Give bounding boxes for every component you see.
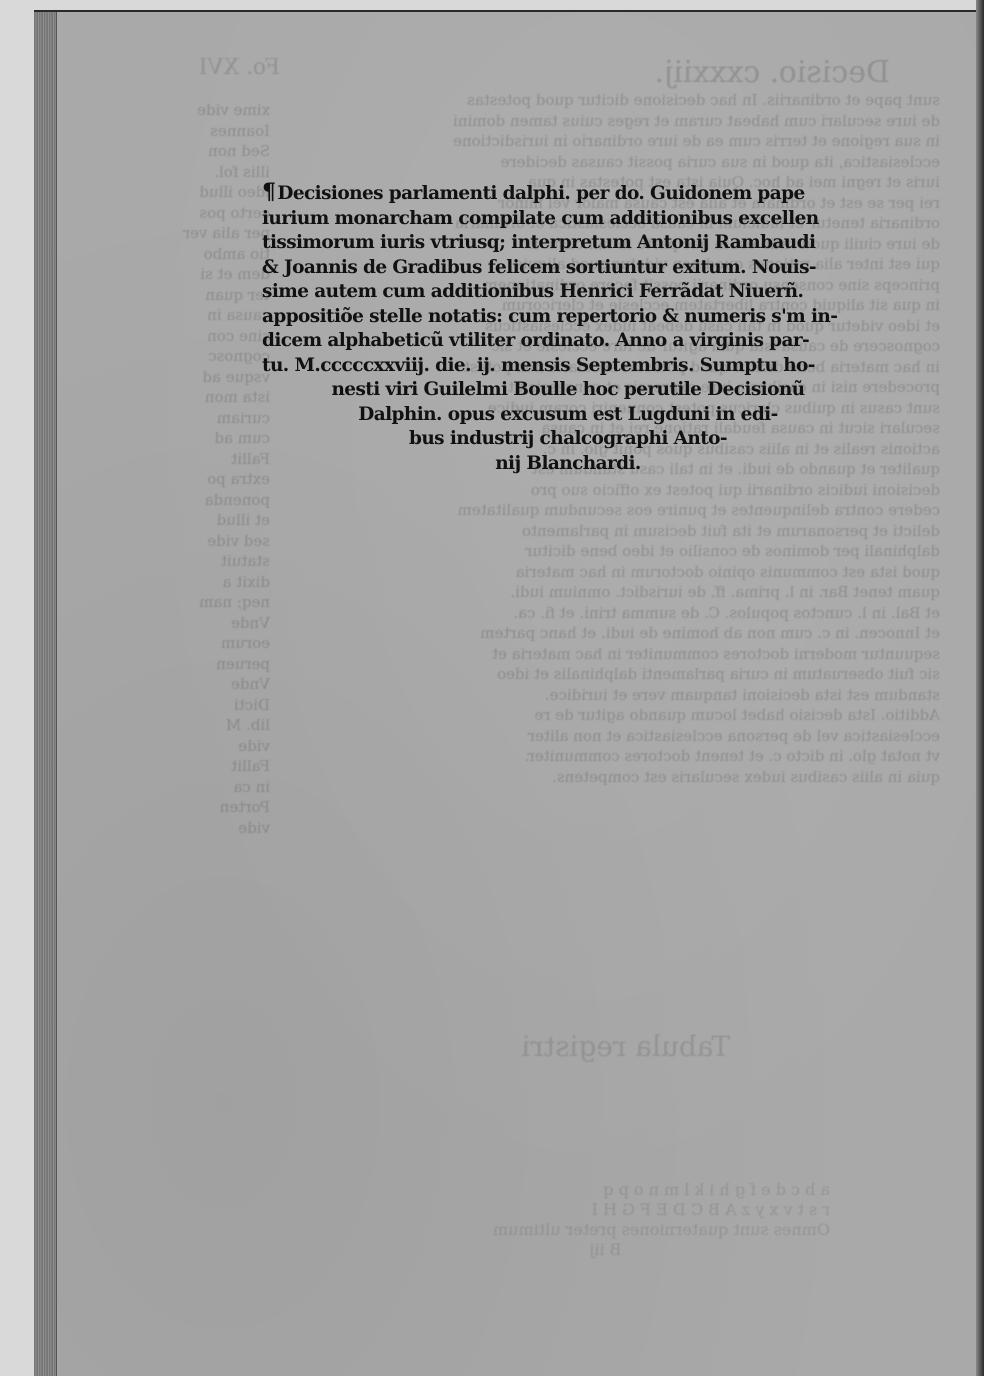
colophon-line-6: appositiõe stelle notatis: cum repertori… bbox=[262, 305, 874, 330]
bleed-through-heading: Decisio. cxxxiij. bbox=[330, 55, 890, 91]
colophon-line-1: ¶Decisiones parlamenti dalphi. per do. G… bbox=[262, 180, 874, 207]
bleed-through-subheading: Tabula registri bbox=[330, 1030, 730, 1064]
colophon-line-9: nesti viri Guilelmi Boulle hoc perutile … bbox=[262, 378, 874, 403]
colophon-line-4: & Joannis de Gradibus felicem sortiuntur… bbox=[262, 256, 874, 281]
colophon-line-3: tissimorum iuris vtriusq; interpretum An… bbox=[262, 231, 874, 256]
colophon-line-12: nij Blanchardi. bbox=[262, 452, 874, 477]
bleed-through-register: a b c d e f g h i k l m n o p q r s t v … bbox=[310, 1180, 830, 1260]
colophon-line-8: tu. M.cccccxxviij. die. ij. mensis Septe… bbox=[262, 354, 874, 379]
page-edges bbox=[34, 12, 57, 1376]
colophon-line-10: Dalphin. opus excusum est Lugduni in edi… bbox=[262, 403, 874, 428]
colophon-line-11: bus industrij chalcographi Anto- bbox=[262, 427, 874, 452]
colophon-text-block: ¶Decisiones parlamenti dalphi. per do. G… bbox=[262, 180, 874, 476]
colophon-line-2: iurium monarcham compilate cum additioni… bbox=[262, 207, 874, 232]
colophon-line-7: dicem alphabeticũ vtiliter ordinato. Ann… bbox=[262, 329, 874, 354]
colophon-line-5: sime autem cum additionibus Henrici Ferr… bbox=[262, 280, 874, 305]
binding-shadow bbox=[976, 0, 984, 1376]
bleed-through-folio: Fo. XVI bbox=[150, 58, 280, 79]
pilcrow-mark: ¶ bbox=[262, 179, 275, 205]
bleed-through-side-column: xime vide Ioannes Sed non illis fol. ide… bbox=[140, 100, 270, 870]
